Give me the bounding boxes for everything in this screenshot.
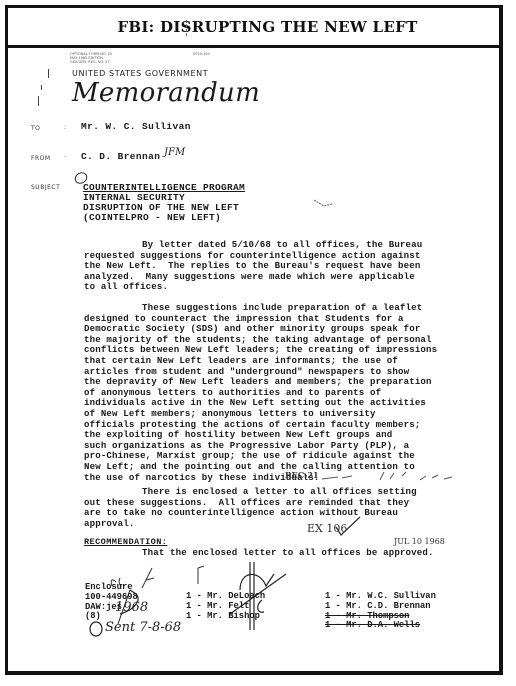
date-stamp: JUL 10 1968 <box>394 537 445 546</box>
distribution-item: 1 - Mr. Bishop <box>186 612 265 622</box>
recommendation-text: That the enclosed letter to all offices … <box>84 548 484 559</box>
checkmark-icon <box>333 515 363 537</box>
letterhead-government: UNITED STATES GOVERNMENT <box>72 69 208 78</box>
colon: · <box>64 154 66 161</box>
subject-label: SUBJECT <box>31 184 60 191</box>
paragraph-line: of New Left members; anonymous letters t… <box>84 409 484 420</box>
page-header: FBI: DISRUPTING THE NEW LEFT <box>8 8 499 48</box>
paragraph-line: to all offices. <box>84 282 484 293</box>
form-code: OPTIONAL FORM NO. 10 MAY 1962 EDITION GS… <box>70 52 112 64</box>
paragraph-line: These suggestions include preparation of… <box>142 302 422 313</box>
handwritten-scribble-icon <box>320 470 480 484</box>
body-paragraph: By letter dated 5/10/68 to all offices, … <box>84 240 484 293</box>
page-title: FBI: DISRUPTING THE NEW LEFT <box>117 18 417 36</box>
paragraph-line: approval. <box>84 519 484 530</box>
recommendation-label: RECOMMENDATION: <box>84 537 167 547</box>
handwritten-year: 1968 <box>115 600 148 615</box>
subject-block: COUNTERINTELLIGENCE PROGRAM INTERNAL SEC… <box>83 183 245 223</box>
memo-title: Memorandum <box>72 78 260 108</box>
from-label: FROM <box>31 155 51 162</box>
margin-mark <box>41 85 42 90</box>
rec-stamp: REC-21 <box>285 470 319 480</box>
paragraph-line: By letter dated 5/10/68 to all offices, … <box>142 239 422 250</box>
paragraph-line: There is enclosed a letter to all office… <box>142 486 417 497</box>
paragraph-line: are to take no counterintelligence actio… <box>84 508 484 519</box>
distribution-list-left: 1 - Mr. DeLoach1 - Mr. Felt1 - Mr. Bisho… <box>186 592 265 621</box>
distribution-item-struck: 1 - Mr. D.A. Wells <box>325 621 436 631</box>
handwritten-initials: JFM <box>164 147 185 158</box>
colon: : <box>64 124 67 131</box>
form-code-line: GSA GEN. REG. NO. 27 <box>70 60 112 64</box>
paragraph-line: That the enclosed letter to all offices … <box>142 547 434 558</box>
margin-mark <box>38 96 39 106</box>
body-paragraph: There is enclosed a letter to all office… <box>84 487 484 529</box>
paragraph-line: that certain New Left leaders are inform… <box>84 356 484 367</box>
handwritten-mark-icon <box>312 198 334 210</box>
to-value: Mr. W. C. Sullivan <box>81 121 191 132</box>
margin-mark <box>48 69 49 78</box>
handwritten-sent-date: Sent 7-8-68 <box>105 620 181 635</box>
handwritten-circle-icon <box>88 620 104 638</box>
to-label: TO <box>31 125 40 132</box>
form-code-number: 5010-104 <box>193 52 210 56</box>
subject-line: (COINTELPRO - NEW LEFT) <box>83 213 245 223</box>
margin-mark <box>186 20 188 36</box>
distribution-list-right: 1 - Mr. W.C. Sullivan1 - Mr. C.D. Brenna… <box>325 592 436 631</box>
body-paragraph: These suggestions include preparation of… <box>84 303 484 483</box>
from-value: C. D. Brennan <box>81 151 160 162</box>
